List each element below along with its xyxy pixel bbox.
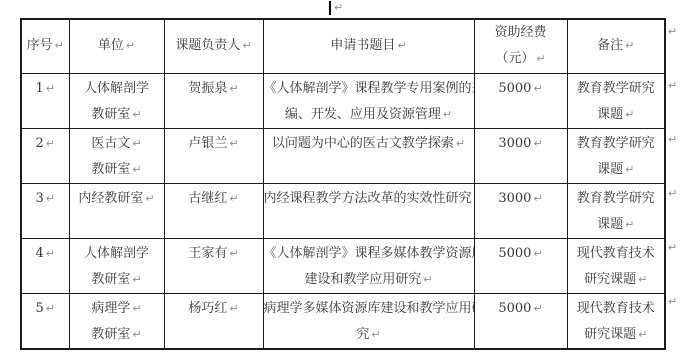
cell-header-leader[interactable]: 课题负责人↵ (164, 19, 263, 73)
text-cursor (329, 1, 331, 15)
cell-text-line: 课题↵ (568, 157, 665, 183)
cell-text: 编、开发、应用及资源管理 (285, 107, 441, 122)
paragraph-mark-icon: ↵ (638, 328, 647, 341)
cell-r1-unit[interactable]: 人体解剖学教研室↵ (69, 73, 164, 128)
paragraph-mark-icon: ↵ (533, 302, 542, 315)
cell-r2-leader[interactable]: 卢银兰↵ (164, 128, 263, 183)
cell-text: 备注 (597, 38, 623, 53)
cell-r5-leader[interactable]: 杨巧红↵ (164, 293, 263, 349)
cell-text-line: 序号↵ (22, 33, 69, 59)
cell-text: 申请书题目 (330, 38, 395, 53)
cell-text: 古继红 (188, 191, 227, 206)
paragraph-mark-icon: ↵ (132, 328, 141, 341)
cell-text: 内经课程教学方法改革的实效性研究 (264, 191, 472, 206)
cell-text: 王家有 (188, 246, 227, 261)
cell-text: 课题 (597, 162, 623, 177)
cell-text-line: 人体解剖学 (70, 76, 164, 102)
cell-text: 资助经费 (494, 25, 546, 40)
cell-text: 杨巧红 (188, 301, 227, 316)
cell-text-line: 医古文↵ (70, 131, 164, 157)
cell-text-line: 现代教育技术 (568, 241, 665, 267)
cell-text: 病理学多媒体资源库建设和教学应用研 (264, 301, 475, 316)
cell-text-line: 资助经费 (475, 20, 567, 46)
cell-text-line: 申请书题目↵ (264, 33, 474, 59)
cell-text: 《人体解剖学》课程多媒体教学资源库 (264, 246, 475, 261)
cell-r4-unit[interactable]: 人体解剖学教研室↵ (69, 238, 164, 293)
cell-text: 单位 (98, 38, 124, 53)
cell-text-line: 教研室↵ (70, 267, 164, 293)
cell-r1-fund[interactable]: 5000↵ (474, 73, 567, 128)
paragraph-mark-icon: ↵ (625, 108, 634, 121)
cell-text: 5000 (498, 81, 531, 96)
cell-text: 教研室 (91, 272, 130, 287)
cell-text-line: 现代教育技术 (568, 296, 665, 322)
cell-text: 病理学 (91, 301, 130, 316)
cell-header-unit[interactable]: 单位↵ (69, 19, 164, 73)
cell-text-line: 备注↵ (568, 33, 665, 59)
paragraph-mark-icon: ↵ (533, 137, 542, 150)
paragraph-mark-icon: ↵ (132, 163, 141, 176)
cell-r3-title[interactable]: 内经课程教学方法改革的实效性研究↵ (263, 183, 474, 238)
cell-r5-title[interactable]: 病理学多媒体资源库建设和教学应用研究↵ (263, 293, 474, 349)
cell-r2-fund[interactable]: 3000↵ (474, 128, 567, 183)
paragraph-mark-icon: ↵ (132, 302, 141, 315)
cell-text: 人体解剖学 (84, 81, 149, 96)
cell-text-line: 究↵ (264, 322, 474, 348)
paragraph-mark-icon: ↵ (229, 302, 238, 315)
row-end-mark-icon: ↵ (668, 80, 677, 91)
cell-text: 《人体解剖学》课程教学专用案例的采 (264, 81, 475, 96)
paragraph-mark-icon: ↵ (46, 192, 55, 205)
cell-r4-leader[interactable]: 王家有↵ (164, 238, 263, 293)
cell-text-line: 课题↵ (568, 212, 665, 238)
cell-text-line: 研究课题↵ (568, 267, 665, 293)
paragraph-mark-icon: ↵ (229, 82, 238, 95)
cell-r2-index[interactable]: 2↵ (21, 128, 69, 183)
cell-text-line: 以问题为中心的医古文教学探索↵ (264, 131, 474, 157)
cell-text-line: 内经课程教学方法改革的实效性研究↵ (264, 186, 474, 212)
cell-text: 1 (36, 81, 44, 96)
paragraph-mark-icon: ↵ (55, 39, 64, 52)
cell-r3-unit[interactable]: 内经教研室↵ (69, 183, 164, 238)
cell-text-line: 病理学多媒体资源库建设和教学应用研 (264, 296, 474, 322)
table-row: 1↵人体解剖学教研室↵贺振泉↵《人体解剖学》课程教学专用案例的采编、开发、应用及… (21, 73, 665, 128)
cell-text-line: 5000↵ (475, 241, 567, 267)
cell-text: 建设和教学应用研究 (304, 272, 421, 287)
cell-text: 2 (36, 136, 44, 151)
cell-text: 人体解剖学 (84, 246, 149, 261)
cell-r3-index[interactable]: 3↵ (21, 183, 69, 238)
cell-text-line: 内经教研室↵ (70, 186, 164, 212)
paragraph-mark-icon: ↵ (229, 137, 238, 150)
paragraph-mark-icon: ↵ (126, 39, 135, 52)
paragraph-mark-icon: ↵ (625, 218, 634, 231)
cell-text-line: 王家有↵ (165, 241, 263, 267)
cell-text: 研究课题 (584, 272, 636, 287)
cell-r5-fund[interactable]: 5000↵ (474, 293, 567, 349)
cell-text-line: 单位↵ (70, 33, 164, 59)
cell-r4-index[interactable]: 4↵ (21, 238, 69, 293)
cell-text: 教育教学研究 (577, 81, 655, 96)
cell-text-line: 编、开发、应用及资源管理↵ (264, 102, 474, 128)
cell-header-index[interactable]: 序号↵ (21, 19, 69, 73)
cell-text-line: 杨巧红↵ (165, 296, 263, 322)
document-page: ↵ 序号↵单位↵课题负责人↵申请书题目↵资助经费（元）↵备注↵1↵人体解剖学教研… (0, 0, 686, 361)
paragraph-mark-icon: ↵ (423, 273, 432, 286)
cell-r1-leader[interactable]: 贺振泉↵ (164, 73, 263, 128)
cell-r1-note[interactable]: 教育教学研究课题↵ (567, 73, 665, 128)
cell-text: 卢银兰 (188, 136, 227, 151)
paragraph-mark-icon: ↵ (456, 137, 465, 150)
cell-text: 课题 (597, 107, 623, 122)
cell-text-line: 3000↵ (475, 131, 567, 157)
cell-r2-title[interactable]: 以问题为中心的医古文教学探索↵ (263, 128, 474, 183)
cell-text-line: 《人体解剖学》课程多媒体教学资源库 (264, 241, 474, 267)
cell-r5-index[interactable]: 5↵ (21, 293, 69, 349)
cell-r3-fund[interactable]: 3000↵ (474, 183, 567, 238)
cell-r3-leader[interactable]: 古继红↵ (164, 183, 263, 238)
cell-text-line: 病理学↵ (70, 296, 164, 322)
paragraph-mark-icon: ↵ (132, 108, 141, 121)
cell-text: 3 (36, 191, 44, 206)
paragraph-mark-icon: ↵ (536, 52, 545, 65)
paragraph-mark-icon: ↵ (533, 192, 542, 205)
cell-text-line: 5000↵ (475, 76, 567, 102)
cell-text-line: 3↵ (22, 186, 69, 212)
row-end-mark-icon: ↵ (668, 188, 677, 199)
cell-text-line: 教研室↵ (70, 102, 164, 128)
paragraph-mark-icon: ↵ (229, 247, 238, 260)
cell-text-line: 教育教学研究 (568, 76, 665, 102)
paragraph-mark-icon: ↵ (533, 82, 542, 95)
table-row: 4↵人体解剖学教研室↵王家有↵《人体解剖学》课程多媒体教学资源库建设和教学应用研… (21, 238, 665, 293)
cell-text-line: 贺振泉↵ (165, 76, 263, 102)
paragraph-mark-icon: ↵ (132, 273, 141, 286)
cell-text: 4 (36, 246, 44, 261)
cell-text: 教研室 (91, 327, 130, 342)
cell-header-note[interactable]: 备注↵ (567, 19, 665, 73)
paragraph-mark-icon: ↵ (229, 192, 238, 205)
paragraph-mark-icon: ↵ (625, 39, 634, 52)
cell-text: 5000 (498, 246, 531, 261)
paragraph-mark-icon: ↵ (638, 273, 647, 286)
cell-text: 研究课题 (584, 327, 636, 342)
cell-text: 教育教学研究 (577, 191, 655, 206)
cell-r2-note[interactable]: 教育教学研究课题↵ (567, 128, 665, 183)
paragraph-mark-icon: ↵ (145, 192, 154, 205)
paragraph-mark-icon: ↵ (46, 302, 55, 315)
cell-text-line: 《人体解剖学》课程教学专用案例的采 (264, 76, 474, 102)
paragraph-mark-icon: ↵ (397, 39, 406, 52)
paragraph-mark-icon: ↵ (46, 137, 55, 150)
table-row: 5↵病理学↵教研室↵杨巧红↵病理学多媒体资源库建设和教学应用研究↵5000↵现代… (21, 293, 665, 349)
cell-text-line: 课题↵ (568, 102, 665, 128)
paragraph-mark-icon: ↵ (533, 247, 542, 260)
cell-r3-note[interactable]: 教育教学研究课题↵ (567, 183, 665, 238)
cell-text: 3000 (498, 191, 531, 206)
cell-text-line: 教研室↵ (70, 157, 164, 183)
cell-text: 课题负责人 (175, 38, 240, 53)
paragraph-mark-icon: ↵ (334, 2, 343, 13)
cell-text-line: 教育教学研究 (568, 131, 665, 157)
row-end-mark-icon: ↵ (668, 296, 677, 307)
paragraph-mark-icon: ↵ (46, 82, 55, 95)
cell-r5-unit[interactable]: 病理学↵教研室↵ (69, 293, 164, 349)
cell-text-line: 3000↵ (475, 186, 567, 212)
cell-text: 5000 (498, 301, 531, 316)
paragraph-mark-icon: ↵ (132, 137, 141, 150)
cell-text-line: 研究课题↵ (568, 322, 665, 348)
paragraph-mark-icon: ↵ (242, 39, 251, 52)
table-row: 2↵医古文↵教研室↵卢银兰↵以问题为中心的医古文教学探索↵3000↵教育教学研究… (21, 128, 665, 183)
cell-text-line: 人体解剖学 (70, 241, 164, 267)
cell-text: 3000 (498, 136, 531, 151)
row-end-mark-icon: ↵ (668, 26, 677, 37)
cell-text: 现代教育技术 (577, 301, 655, 316)
row-end-mark-icon: ↵ (668, 134, 677, 145)
cell-text-line: 5↵ (22, 296, 69, 322)
cell-r4-note[interactable]: 现代教育技术研究课题↵ (567, 238, 665, 293)
cell-r2-unit[interactable]: 医古文↵教研室↵ (69, 128, 164, 183)
cell-text-line: 课题负责人↵ (165, 33, 263, 59)
cell-text-line: （元）↵ (475, 46, 567, 72)
cell-text-line: 建设和教学应用研究↵ (264, 267, 474, 293)
table-row: 3↵内经教研室↵古继红↵内经课程教学方法改革的实效性研究↵3000↵教育教学研究… (21, 183, 665, 238)
table-body: 序号↵单位↵课题负责人↵申请书题目↵资助经费（元）↵备注↵1↵人体解剖学教研室↵… (21, 19, 665, 349)
cell-r4-fund[interactable]: 5000↵ (474, 238, 567, 293)
cell-text: 以问题为中心的医古文教学探索 (272, 136, 454, 151)
cell-text-line: 教研室↵ (70, 322, 164, 348)
header-row: 序号↵单位↵课题负责人↵申请书题目↵资助经费（元）↵备注↵ (21, 19, 665, 73)
cell-text: 课题 (597, 217, 623, 232)
cell-header-fund[interactable]: 资助经费（元）↵ (474, 19, 567, 73)
cell-text-line: 古继红↵ (165, 186, 263, 212)
cell-text: 现代教育技术 (577, 246, 655, 261)
paragraph-mark-icon: ↵ (46, 247, 55, 260)
paragraph-mark-icon: ↵ (371, 328, 380, 341)
cell-text-line: 1↵ (22, 76, 69, 102)
cell-text: 序号 (27, 38, 53, 53)
cell-r5-note[interactable]: 现代教育技术研究课题↵ (567, 293, 665, 349)
cell-r1-title[interactable]: 《人体解剖学》课程教学专用案例的采编、开发、应用及资源管理↵ (263, 73, 474, 128)
cell-text-line: 2↵ (22, 131, 69, 157)
cell-text: 教研室 (91, 107, 130, 122)
cell-text: 医古文 (91, 136, 130, 151)
cell-text: （元） (495, 51, 534, 66)
cell-text-line: 卢银兰↵ (165, 131, 263, 157)
cell-text: 教育教学研究 (577, 136, 655, 151)
cell-r4-title[interactable]: 《人体解剖学》课程多媒体教学资源库建设和教学应用研究↵ (263, 238, 474, 293)
cell-text: 教研室 (91, 162, 130, 177)
row-end-mark-icon: ↵ (668, 242, 677, 253)
cell-header-title[interactable]: 申请书题目↵ (263, 19, 474, 73)
paragraph-mark-icon: ↵ (625, 163, 634, 176)
cell-text-line: 5000↵ (475, 296, 567, 322)
cell-text-line: 教育教学研究 (568, 186, 665, 212)
cell-text-line: 4↵ (22, 241, 69, 267)
paragraph-mark-icon: ↵ (443, 108, 452, 121)
cell-text: 贺振泉 (188, 81, 227, 96)
cell-r1-index[interactable]: 1↵ (21, 73, 69, 128)
projects-table: 序号↵单位↵课题负责人↵申请书题目↵资助经费（元）↵备注↵1↵人体解剖学教研室↵… (20, 18, 666, 350)
cell-text: 内经教研室 (78, 191, 143, 206)
cell-text: 究 (356, 327, 369, 342)
cell-text: 5 (36, 301, 44, 316)
